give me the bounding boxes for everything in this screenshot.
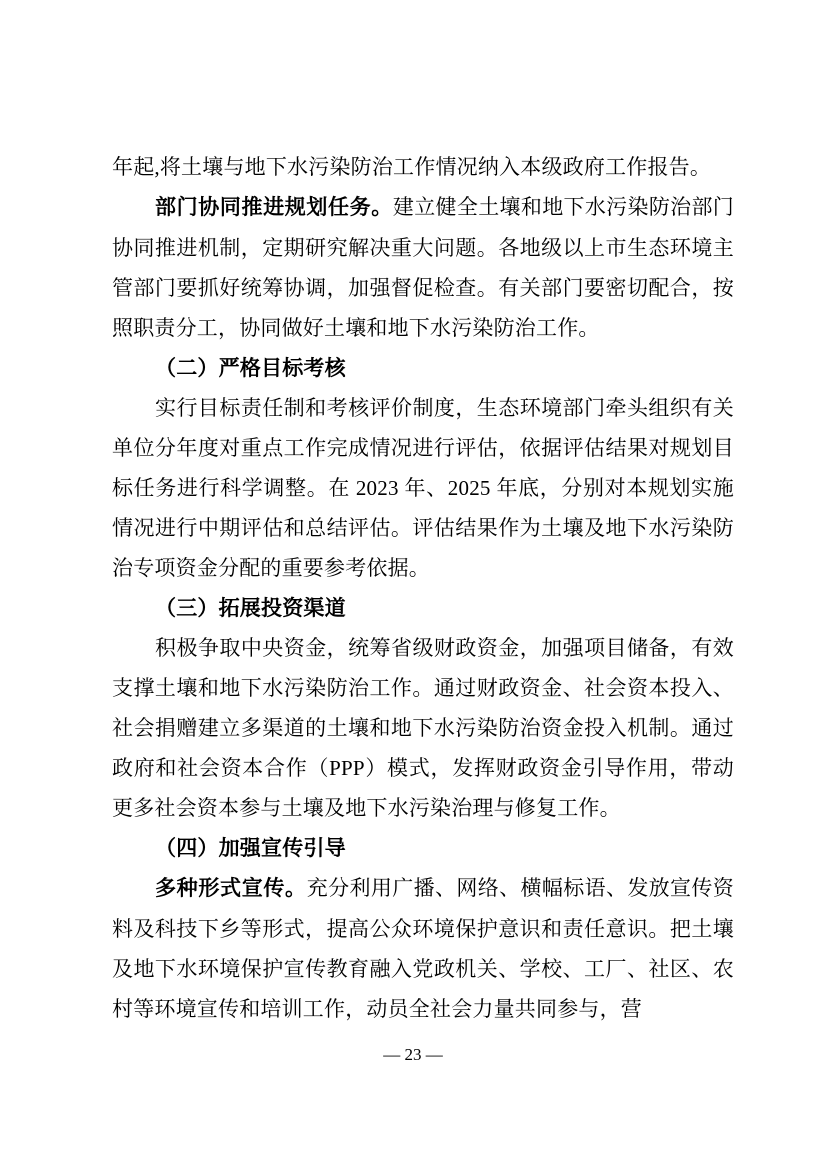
page-number: — 23 —: [0, 1043, 826, 1067]
document-body: 年起,将土壤与地下水污染防治工作情况纳入本级政府工作报告。部门协同推进规划任务。…: [112, 147, 734, 1029]
paragraph: 部门协同推进规划任务。建立健全土壤和地下水污染防治部门协同推进机制，定期研究解决…: [112, 187, 734, 348]
text-run: 积极争取中央资金，统筹省级财政资金，加强项目储备，有效支撑土壤和地下水污染防治工…: [112, 636, 734, 820]
section-heading: （四）加强宣传引导: [112, 828, 734, 868]
paragraph: 年起,将土壤与地下水污染防治工作情况纳入本级政府工作报告。: [112, 147, 734, 187]
section-heading: （二）严格目标考核: [112, 348, 734, 388]
paragraph: 实行目标责任制和考核评价制度，生态环境部门牵头组织有关单位分年度对重点工作完成情…: [112, 388, 734, 588]
section-heading: （三）拓展投资渠道: [112, 588, 734, 628]
text-run: 部门协同推进规划任务。: [155, 196, 393, 219]
text-run: 实行目标责任制和考核评价制度，生态环境部门牵头组织有关单位分年度对重点工作完成情…: [112, 396, 734, 580]
paragraph: 多种形式宣传。充分利用广播、网络、横幅标语、发放宣传资料及科技下乡等形式，提高公…: [112, 868, 734, 1029]
document-page: 年起,将土壤与地下水污染防治工作情况纳入本级政府工作报告。部门协同推进规划任务。…: [0, 0, 826, 1169]
text-run: （二）严格目标考核: [155, 356, 346, 380]
text-run: 年起,将土壤与地下水污染防治工作情况纳入本级政府工作报告。: [112, 155, 711, 179]
text-run: 多种形式宣传。: [155, 877, 307, 900]
text-run: （四）加强宣传引导: [155, 836, 346, 860]
paragraph: 积极争取中央资金，统筹省级财政资金，加强项目储备，有效支撑土壤和地下水污染防治工…: [112, 628, 734, 828]
text-run: （三）拓展投资渠道: [155, 596, 346, 620]
